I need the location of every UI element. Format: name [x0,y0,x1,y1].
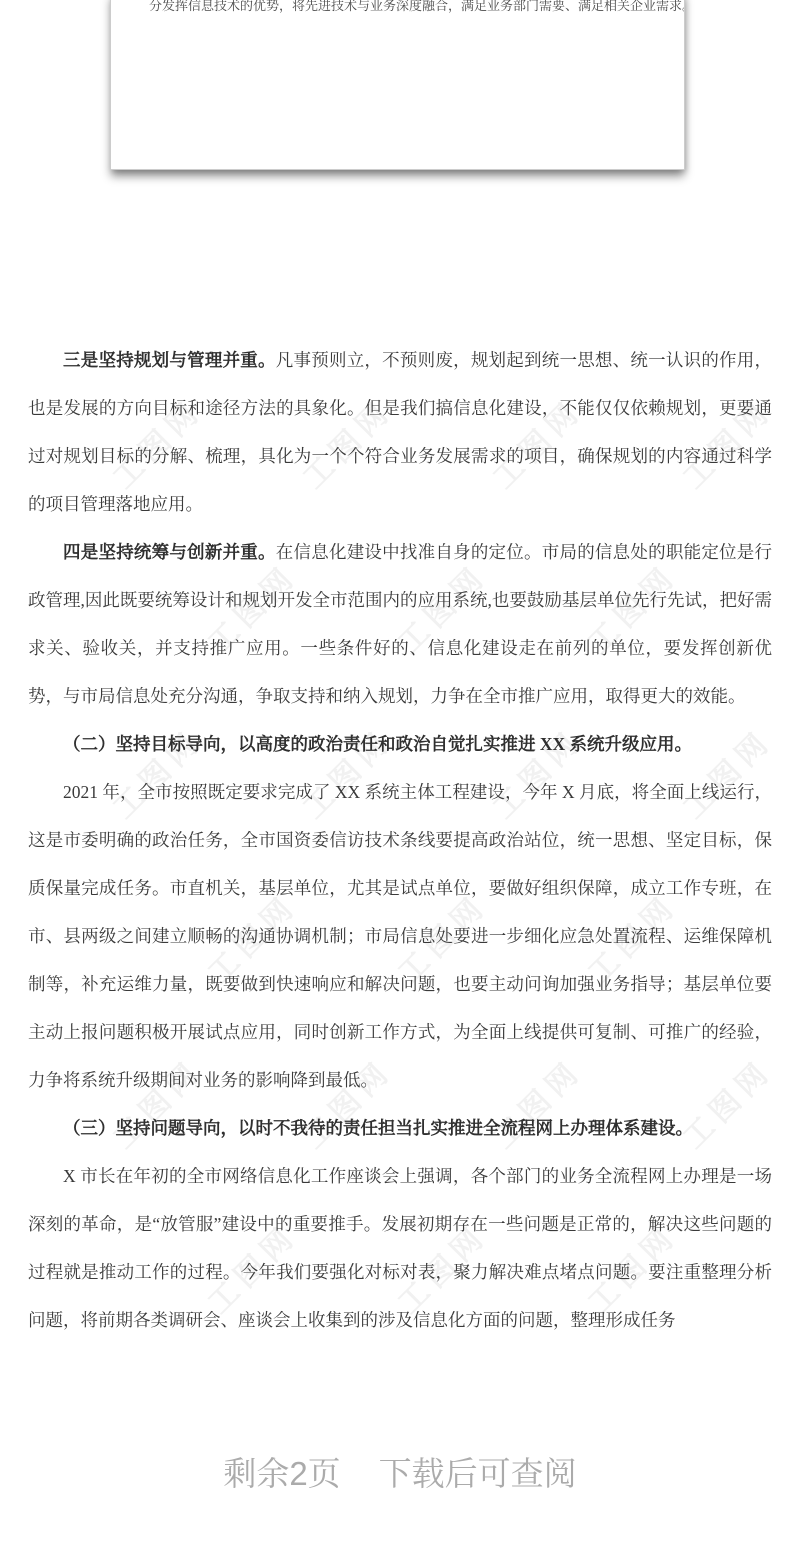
document-preview-screen: 分发挥信息技术的优势，将先进技术与业务深度融合，满足业务部门需要、满足相关企业需… [0,0,800,1557]
document-paragraph: X 市长在年初的全市网络信息化工作座谈会上强调，各个部门的业务全流程网上办理是一… [28,1152,772,1344]
document-paragraph: 四是坚持统筹与创新并重。在信息化建设中找准自身的定位。市局的信息处的职能定位是行… [28,528,772,720]
paragraph-bold-lead: （二）坚持目标导向，以高度的政治责任和政治自觉扎实推进 XX 系统升级应用。 [63,734,692,754]
paragraph-text: 2021 年，全市按照既定要求完成了 XX 系统主体工程建设，今年 X 月底，将… [28,782,772,1090]
download-hint-label: 下载后可查阅 [379,1455,577,1492]
remaining-pages-label: 剩余2页 [223,1455,340,1492]
document-paragraph: 2021 年，全市按照既定要求完成了 XX 系统主体工程建设，今年 X 月底，将… [28,768,772,1104]
page-preview-partial-text: 分发挥信息技术的优势，将先进技术与业务深度融合，满足业务部门需要、满足相关企业需… [111,0,684,14]
paragraph-text: 凡事预则立，不预则废，规划起到统一思想、统一认识的作用，也是发展的方向目标和途径… [28,350,772,514]
download-hint-bar: 剩余2页下载后可查阅 [0,1452,800,1496]
document-body: 三是坚持规划与管理并重。凡事预则立，不预则废，规划起到统一思想、统一认识的作用，… [28,336,772,1344]
page-preview-card: 分发挥信息技术的优势，将先进技术与业务深度融合，满足业务部门需要、满足相关企业需… [110,0,685,170]
paragraph-text: X 市长在年初的全市网络信息化工作座谈会上强调，各个部门的业务全流程网上办理是一… [28,1166,772,1330]
paragraph-bold-lead: （三）坚持问题导向，以时不我待的责任担当扎实推进全流程网上办理体系建设。 [63,1118,693,1138]
document-paragraph: 三是坚持规划与管理并重。凡事预则立，不预则废，规划起到统一思想、统一认识的作用，… [28,336,772,528]
document-paragraph: （二）坚持目标导向，以高度的政治责任和政治自觉扎实推进 XX 系统升级应用。 [28,720,772,768]
paragraph-text: 在信息化建设中找准自身的定位。市局的信息处的职能定位是行政管理,因此既要统筹设计… [28,542,772,706]
paragraph-bold-lead: 四是坚持统筹与创新并重。 [63,542,276,562]
paragraph-bold-lead: 三是坚持规划与管理并重。 [63,350,276,370]
document-paragraph: （三）坚持问题导向，以时不我待的责任担当扎实推进全流程网上办理体系建设。 [28,1104,772,1152]
